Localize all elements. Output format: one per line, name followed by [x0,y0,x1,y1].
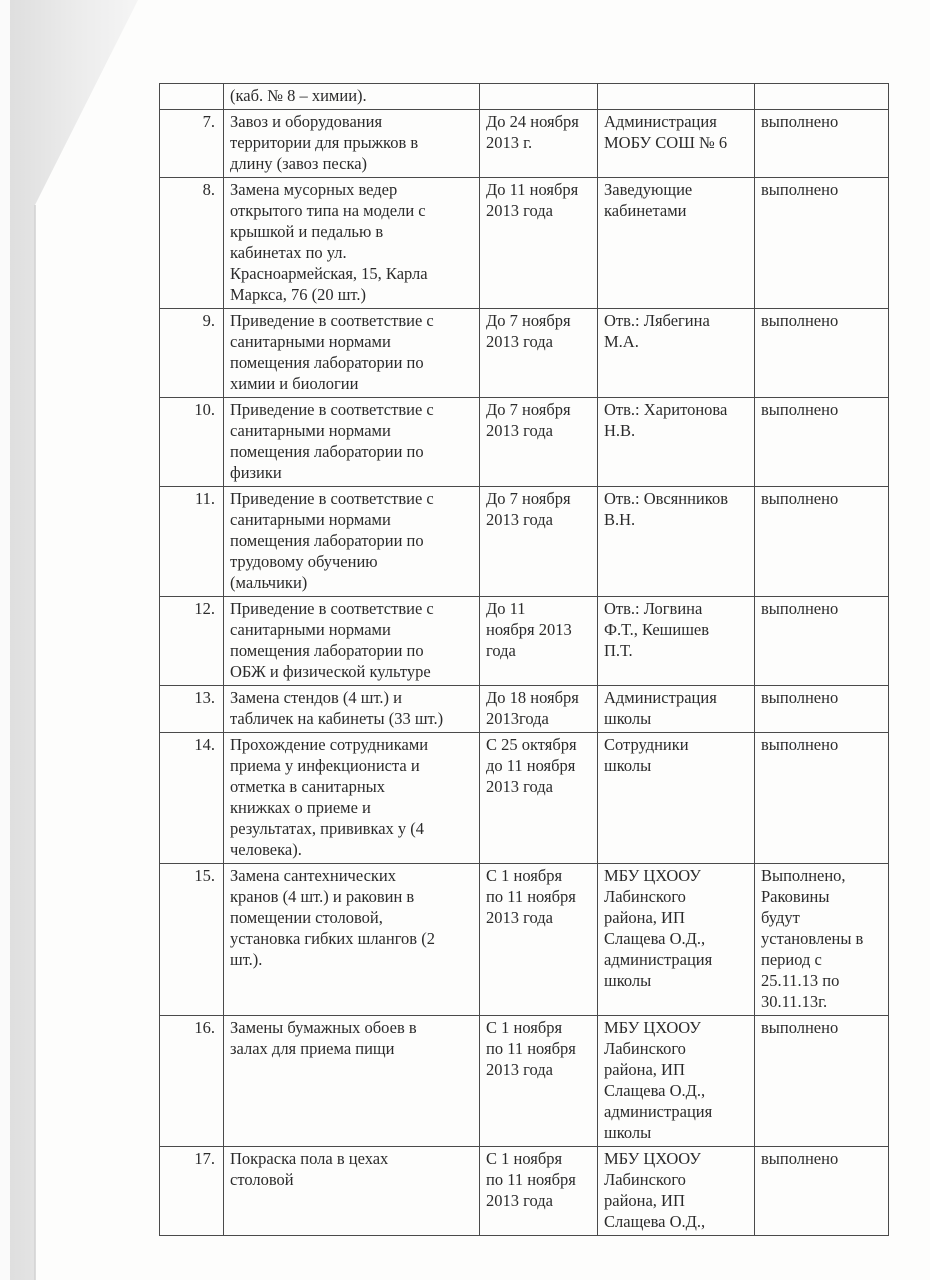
status-cell: выполнено [755,1147,889,1236]
status-cell: выполнено [755,1016,889,1147]
responsible-cell-line: Ф.Т., Кешишев [604,619,749,640]
responsible-cell-line: Слащева О.Д., [604,1080,749,1101]
task-cell-line: Прохождение сотрудниками [230,734,474,755]
status-cell: выполнено [755,733,889,864]
task-cell-line: кабинетах по ул. [230,242,474,263]
deadline-cell: С 1 ноябряпо 11 ноября2013 года [480,864,598,1016]
task-cell-line: установка гибких шлангов (2 [230,928,474,949]
responsible-cell-line: Лабинского [604,1169,749,1190]
responsible-cell: Отв.: ЛогвинаФ.Т., КешишевП.Т. [598,597,755,686]
task-cell-line: Приведение в соответствие с [230,399,474,420]
deadline-cell-line: 2013 года [486,200,592,221]
deadline-cell-line: С 1 ноября [486,1017,592,1038]
status-cell: выполнено [755,178,889,309]
status-cell-line: Выполнено, [761,865,883,886]
deadline-cell: До 11ноября 2013года [480,597,598,686]
status-cell: выполнено [755,110,889,178]
responsible-cell-line: Н.В. [604,420,749,441]
task-cell-line: Покраска пола в цехах [230,1148,474,1169]
status-cell-line: 30.11.13г. [761,991,883,1012]
responsible-cell: Администрацияшколы [598,686,755,733]
task-cell-line: помещения лаборатории по [230,530,474,551]
task-cell-line: Приведение в соответствие с [230,598,474,619]
status-cell: выполнено [755,597,889,686]
task-cell-line: санитарными нормами [230,619,474,640]
task-cell-line: трудовому обучению [230,551,474,572]
task-cell: Приведение в соответствие ссанитарными н… [224,309,480,398]
task-cell-line: ОБЖ и физической культуре [230,661,474,682]
deadline-cell: До 24 ноября2013 г. [480,110,598,178]
responsible-cell: МБУ ЦХООУЛабинскогорайона, ИПСлащева О.Д… [598,1016,755,1147]
responsible-cell-line: П.Т. [604,640,749,661]
task-cell-line: Красноармейская, 15, Карла [230,263,474,284]
responsible-cell: Отв.: ХаритоноваН.В. [598,398,755,487]
responsible-cell-line: Администрация [604,687,749,708]
scan-shadow [0,0,140,1280]
task-cell-line: санитарными нормами [230,331,474,352]
responsible-cell-line: Отв.: Харитонова [604,399,749,420]
task-cell: Замена сантехническихкранов (4 шт.) и ра… [224,864,480,1016]
table-row: 16.Замены бумажных обоев взалах для прие… [160,1016,889,1147]
row-number: 8. [160,178,224,309]
responsible-cell: Заведующиекабинетами [598,178,755,309]
task-cell-line: санитарными нормами [230,509,474,530]
status-cell: выполнено [755,487,889,597]
deadline-cell: До 11 ноября2013 года [480,178,598,309]
task-cell-line: крышкой и педалью в [230,221,474,242]
status-cell-line: выполнено [761,687,883,708]
task-cell-line: помещения лаборатории по [230,352,474,373]
task-cell-line: Маркса, 76 (20 шт.) [230,284,474,305]
responsible-cell-line: МБУ ЦХООУ [604,865,749,886]
status-cell-line: выполнено [761,734,883,755]
status-cell-line: выполнено [761,179,883,200]
deadline-cell-line: по 11 ноября [486,886,592,907]
status-cell-line: период с [761,949,883,970]
task-cell-line: Замена мусорных ведер [230,179,474,200]
task-cell-line: результатах, прививках у (4 [230,818,474,839]
status-cell-line: выполнено [761,399,883,420]
deadline-cell-line: До 18 ноября [486,687,592,708]
table-row: 15.Замена сантехническихкранов (4 шт.) и… [160,864,889,1016]
table-row: 11.Приведение в соответствие ссанитарным… [160,487,889,597]
task-cell-line: Замены бумажных обоев в [230,1017,474,1038]
table-row: 17.Покраска пола в цехахстоловойС 1 нояб… [160,1147,889,1236]
task-cell-line: Замена стендов (4 шт.) и [230,687,474,708]
status-cell [755,84,889,110]
table-row: 12.Приведение в соответствие ссанитарным… [160,597,889,686]
status-cell-line: выполнено [761,1017,883,1038]
task-cell-line: Приведение в соответствие с [230,310,474,331]
row-number: 12. [160,597,224,686]
deadline-cell: До 18 ноября2013года [480,686,598,733]
task-cell-line: территории для прыжков в [230,132,474,153]
deadline-cell: До 7 ноября2013 года [480,398,598,487]
deadline-cell: С 1 ноябряпо 11 ноября2013 года [480,1147,598,1236]
responsible-cell-line: Отв.: Логвина [604,598,749,619]
responsible-cell: Отв.: ЛябегинаМ.А. [598,309,755,398]
deadline-cell-line: До 7 ноября [486,399,592,420]
task-cell: Прохождение сотрудникамиприема у инфекци… [224,733,480,864]
task-cell-line: помещения лаборатории по [230,640,474,661]
task-cell: Замена стендов (4 шт.) итабличек на каби… [224,686,480,733]
table-row: 8.Замена мусорных ведероткрытого типа на… [160,178,889,309]
responsible-cell-line: Заведующие [604,179,749,200]
responsible-cell-line: района, ИП [604,907,749,928]
responsible-cell [598,84,755,110]
row-number: 14. [160,733,224,864]
table-row: 9.Приведение в соответствие ссанитарными… [160,309,889,398]
task-cell-line: кранов (4 шт.) и раковин в [230,886,474,907]
task-cell: Приведение в соответствие ссанитарными н… [224,487,480,597]
task-cell-line: длину (завоз песка) [230,153,474,174]
deadline-cell: До 7 ноября2013 года [480,487,598,597]
task-cell-line: книжках о приеме и [230,797,474,818]
deadline-cell-line: 2013 года [486,420,592,441]
deadline-cell-line: до 11 ноября [486,755,592,776]
responsible-cell-line: школы [604,1122,749,1143]
responsible-cell: Сотрудникишколы [598,733,755,864]
status-cell: выполнено [755,686,889,733]
deadline-cell-line: 2013 года [486,1059,592,1080]
deadline-cell-line: 2013 года [486,907,592,928]
task-cell-line: открытого типа на модели с [230,200,474,221]
responsible-cell-line: школы [604,970,749,991]
deadline-cell-line: С 1 ноября [486,1148,592,1169]
row-number: 13. [160,686,224,733]
responsible-cell-line: администрация [604,1101,749,1122]
deadline-cell-line: ноября 2013 [486,619,592,640]
task-cell-line: Приведение в соответствие с [230,488,474,509]
deadline-cell-line: До 7 ноября [486,310,592,331]
deadline-cell-line: 2013 года [486,1190,592,1211]
deadline-cell-line: 2013 г. [486,132,592,153]
table-row: 10.Приведение в соответствие ссанитарным… [160,398,889,487]
task-cell-line: табличек на кабинеты (33 шт.) [230,708,474,729]
responsible-cell-line: МБУ ЦХООУ [604,1017,749,1038]
row-number: 7. [160,110,224,178]
row-number: 10. [160,398,224,487]
table-body: (каб. № 8 – химии). 7.Завоз и оборудован… [160,84,889,1236]
table-row: 13.Замена стендов (4 шт.) итабличек на к… [160,686,889,733]
task-cell-line: шт.). [230,949,474,970]
status-cell-line: Раковины [761,886,883,907]
deadline-cell-line: по 11 ноября [486,1169,592,1190]
responsible-cell: Отв.: ОвсянниковВ.Н. [598,487,755,597]
task-cell-line: человека). [230,839,474,860]
deadline-cell-line: С 25 октября [486,734,592,755]
deadline-cell [480,84,598,110]
deadline-cell: С 1 ноябряпо 11 ноября2013 года [480,1016,598,1147]
responsible-cell-line: Слащева О.Д., [604,928,749,949]
status-cell-line: выполнено [761,310,883,331]
deadline-cell-line: До 7 ноября [486,488,592,509]
task-cell-line: приема у инфекциониста и [230,755,474,776]
task-cell: Покраска пола в цехахстоловой [224,1147,480,1236]
responsible-cell-line: района, ИП [604,1059,749,1080]
responsible-cell-line: района, ИП [604,1190,749,1211]
status-cell-line: установлены в [761,928,883,949]
task-cell-line: (каб. № 8 – химии). [230,85,474,106]
task-cell: Замена мусорных ведероткрытого типа на м… [224,178,480,309]
status-cell: выполнено [755,398,889,487]
status-cell-line: 25.11.13 по [761,970,883,991]
responsible-cell-line: МОБУ СОШ № 6 [604,132,749,153]
row-number: 9. [160,309,224,398]
task-cell-line: помещения лаборатории по [230,441,474,462]
status-cell-line: выполнено [761,488,883,509]
deadline-cell-line: 2013 года [486,331,592,352]
status-cell-line: выполнено [761,111,883,132]
row-number: 16. [160,1016,224,1147]
task-cell: Приведение в соответствие ссанитарными н… [224,398,480,487]
deadline-cell-line: С 1 ноября [486,865,592,886]
row-number: 17. [160,1147,224,1236]
deadline-cell-line: по 11 ноября [486,1038,592,1059]
responsible-cell-line: Отв.: Овсянников [604,488,749,509]
table-row: (каб. № 8 – химии). [160,84,889,110]
deadline-cell-line: года [486,640,592,661]
row-number [160,84,224,110]
deadline-cell-line: 2013 года [486,776,592,797]
task-cell: Замены бумажных обоев взалах для приема … [224,1016,480,1147]
responsible-cell-line: кабинетами [604,200,749,221]
deadline-cell: С 25 октябрядо 11 ноября2013 года [480,733,598,864]
deadline-cell-line: До 24 ноября [486,111,592,132]
responsible-cell: МБУ ЦХООУЛабинскогорайона, ИПСлащева О.Д… [598,864,755,1016]
responsible-cell-line: Администрация [604,111,749,132]
task-cell-line: отметка в санитарных [230,776,474,797]
responsible-cell-line: В.Н. [604,509,749,530]
table-row: 14.Прохождение сотрудникамиприема у инфе… [160,733,889,864]
task-cell-line: Замена сантехнических [230,865,474,886]
row-number: 11. [160,487,224,597]
task-cell-line: столовой [230,1169,474,1190]
task-cell-line: санитарными нормами [230,420,474,441]
task-cell: Завоз и оборудованиятерритории для прыжк… [224,110,480,178]
responsible-cell: МБУ ЦХООУЛабинскогорайона, ИПСлащева О.Д… [598,1147,755,1236]
responsible-cell-line: Сотрудники [604,734,749,755]
task-cell: (каб. № 8 – химии). [224,84,480,110]
task-cell-line: залах для приема пищи [230,1038,474,1059]
responsible-cell-line: Лабинского [604,1038,749,1059]
status-cell-line: будут [761,907,883,928]
deadline-cell-line: 2013 года [486,509,592,530]
status-cell-line: выполнено [761,598,883,619]
responsible-cell-line: администрация [604,949,749,970]
deadline-cell-line: До 11 ноября [486,179,592,200]
task-cell-line: Завоз и оборудования [230,111,474,132]
responsible-cell-line: Отв.: Лябегина [604,310,749,331]
table-row: 7.Завоз и оборудованиятерритории для пры… [160,110,889,178]
measures-table: (каб. № 8 – химии). 7.Завоз и оборудован… [159,83,889,1236]
deadline-cell-line: До 11 [486,598,592,619]
responsible-cell-line: МБУ ЦХООУ [604,1148,749,1169]
task-cell-line: (мальчики) [230,572,474,593]
task-cell-line: химии и биологии [230,373,474,394]
responsible-cell: АдминистрацияМОБУ СОШ № 6 [598,110,755,178]
responsible-cell-line: Лабинского [604,886,749,907]
task-cell-line: физики [230,462,474,483]
deadline-cell-line: 2013года [486,708,592,729]
responsible-cell-line: М.А. [604,331,749,352]
status-cell-line: выполнено [761,1148,883,1169]
responsible-cell-line: Слащева О.Д., [604,1211,749,1232]
status-cell: выполнено [755,309,889,398]
task-cell-line: помещении столовой, [230,907,474,928]
deadline-cell: До 7 ноября2013 года [480,309,598,398]
responsible-cell-line: школы [604,755,749,776]
task-cell: Приведение в соответствие ссанитарными н… [224,597,480,686]
status-cell: Выполнено,Раковиныбудутустановлены впери… [755,864,889,1016]
responsible-cell-line: школы [604,708,749,729]
row-number: 15. [160,864,224,1016]
